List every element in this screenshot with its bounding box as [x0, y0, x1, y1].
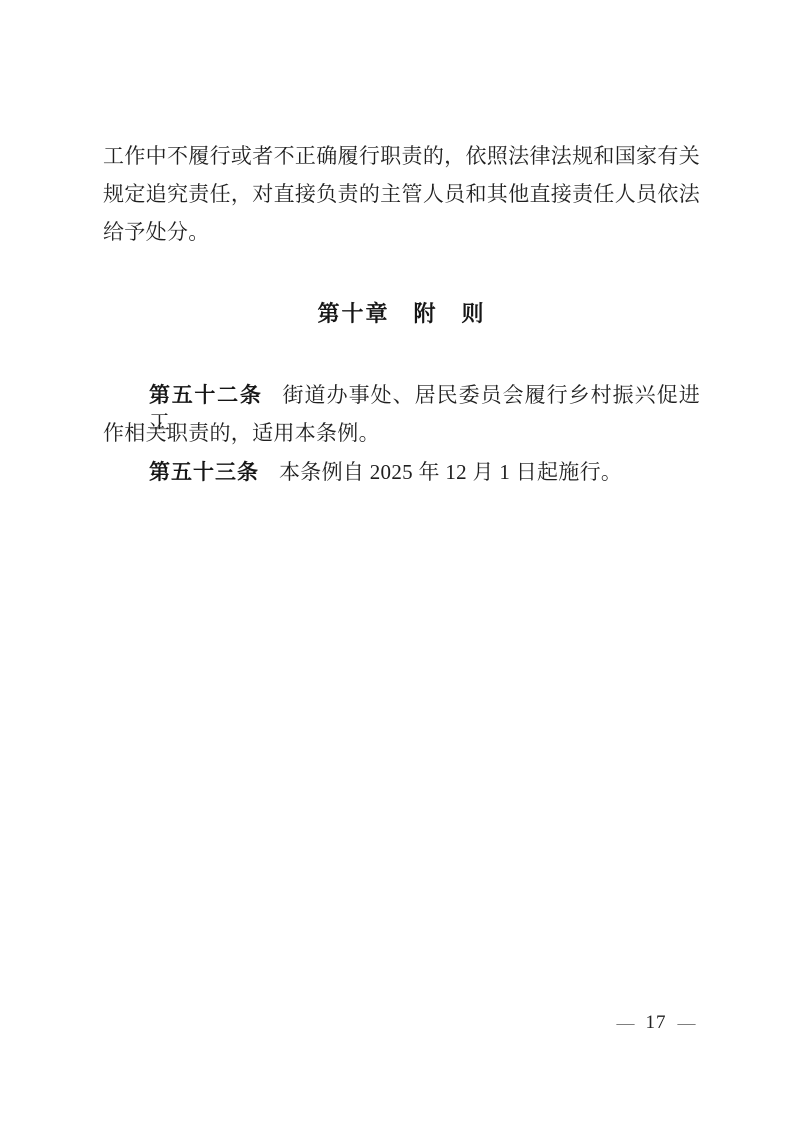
footer-page-number: 17 — [646, 1011, 667, 1035]
page-number: — 17 — — [601, 1011, 711, 1035]
article-53-line: 第五十三条本条例自 2025 年 12 月 1 日起施行。 — [149, 459, 700, 486]
body-paragraph-line: 规定追究责任，对直接负责的主管人员和其他直接责任人员依法 — [103, 181, 700, 208]
article-53-text: 本条例自 2025 年 12 月 1 日起施行。 — [279, 460, 622, 484]
body-paragraph-line: 工作中不履行或者不正确履行职责的，依照法律法规和国家有关 — [103, 143, 700, 170]
article-52-line2: 作相关职责的，适用本条例。 — [103, 420, 700, 447]
footer-dash-left: — — [617, 1011, 635, 1035]
document-page: 工作中不履行或者不正确履行职责的，依照法律法规和国家有关 规定追究责任，对直接负… — [0, 0, 793, 1122]
article-52-label: 第五十二条 — [149, 384, 263, 407]
footer-dash-right: — — [678, 1011, 696, 1035]
article-53-label: 第五十三条 — [149, 461, 259, 484]
body-paragraph-line: 给予处分。 — [103, 219, 700, 246]
chapter-heading: 第十章 附 则 — [103, 300, 700, 328]
